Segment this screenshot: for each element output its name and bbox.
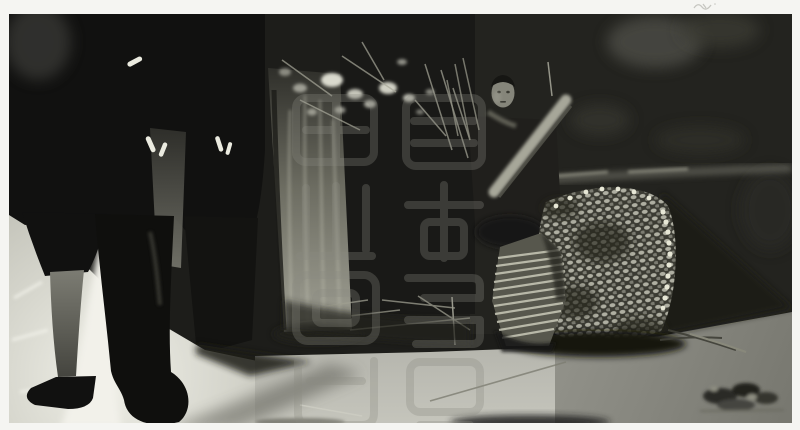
photograph-page: monochrome archival photograph with whit… (0, 0, 800, 430)
historical-photograph (0, 0, 800, 430)
figure-head-silhouette (5, 4, 71, 80)
